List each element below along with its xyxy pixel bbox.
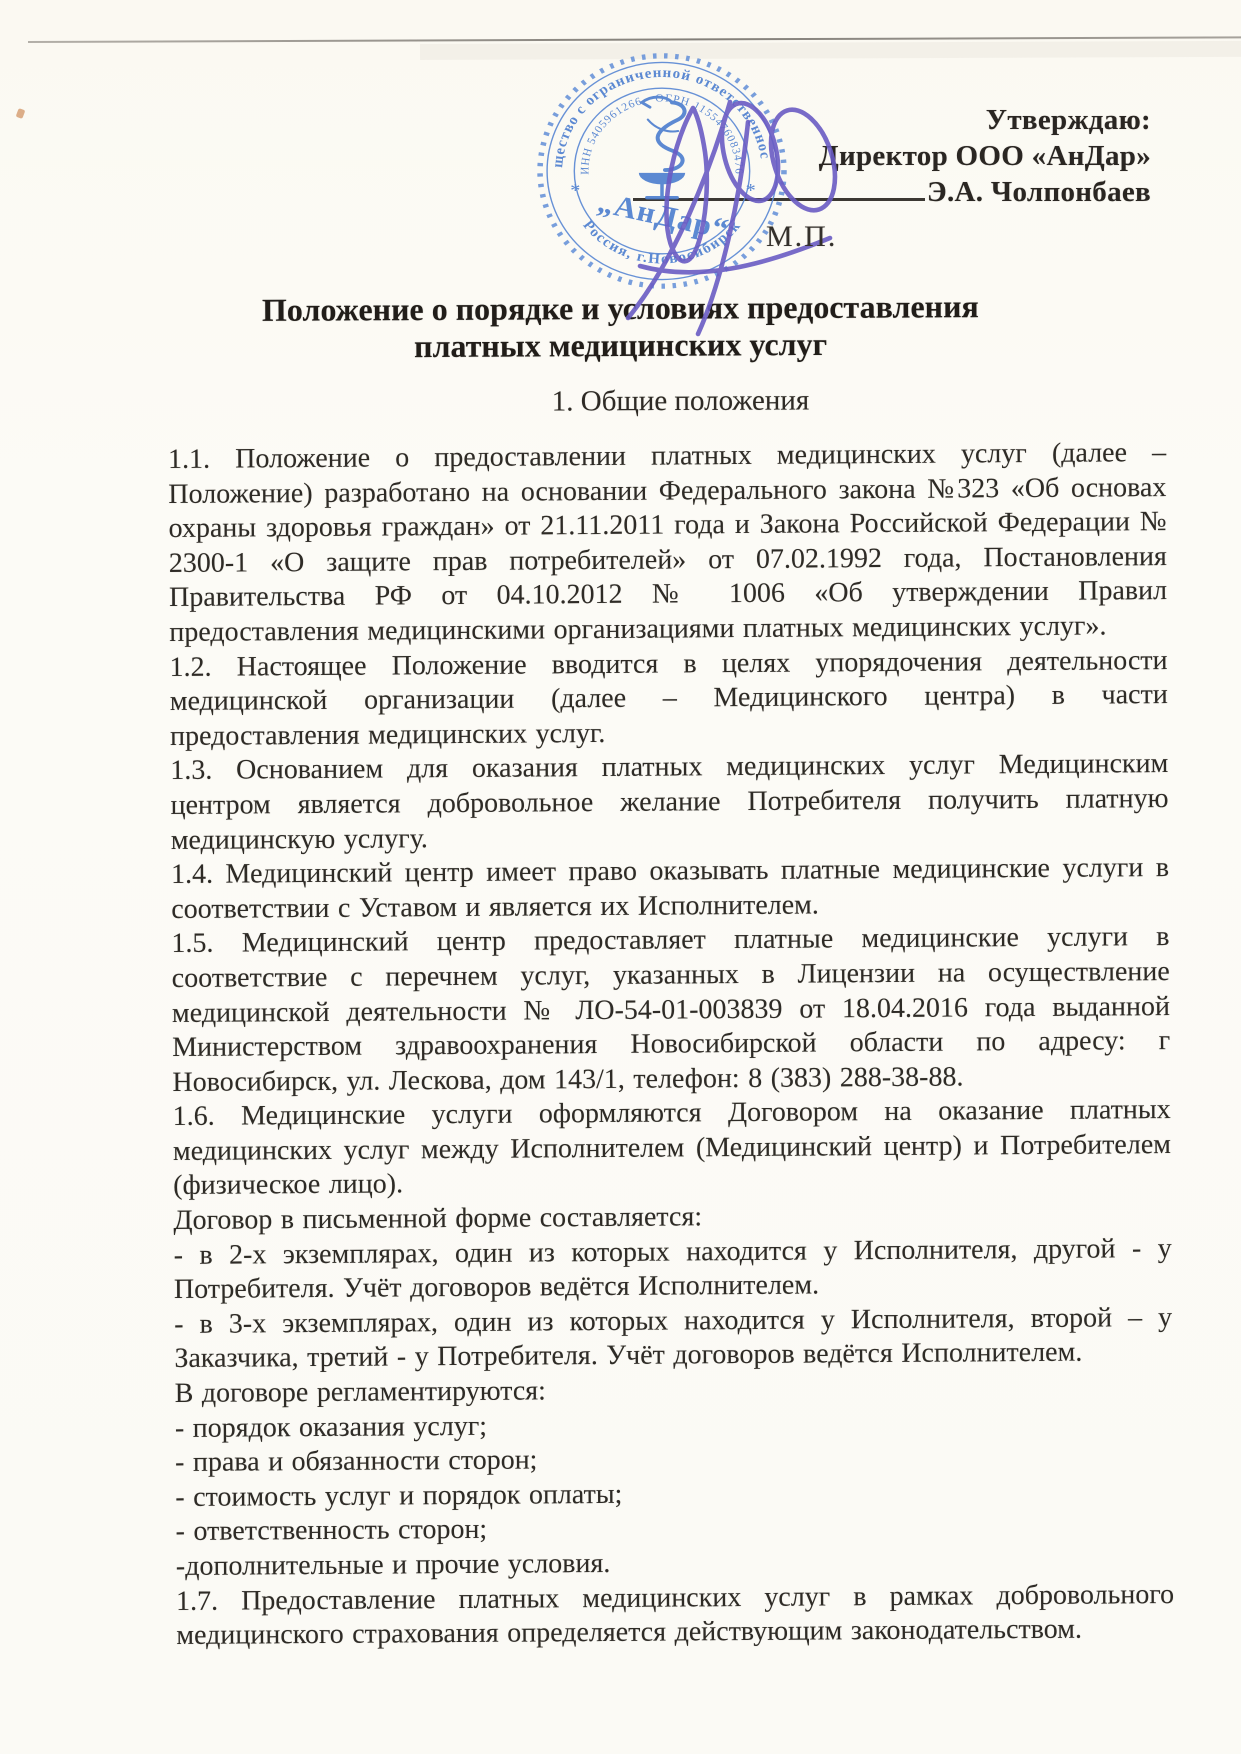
director-name: Э.А. Чолпонбаев [927,176,1151,208]
paragraph-1-6: 1.6. Медицинские услуги оформляются Дого… [173,1093,1172,1204]
paragraph-1-3: 1.3. Основанием для оказания платных мед… [170,747,1169,858]
scanned-document-page: Общество с ограниченной ответственностью… [0,0,1241,1754]
section-heading: 1. Общие положения [60,382,1241,420]
paragraph-1-1: 1.1. Положение о предоставлении платных … [168,436,1167,651]
paragraph-1-5: 1.5. Медицинский центр предоставляет пла… [171,920,1170,1100]
stamp-star-left: * [570,181,580,201]
seal-place-mark: М.П. [766,220,837,254]
signature-loop-1 [713,97,788,207]
signature-loop-2 [759,102,846,219]
paragraph-1-7: 1.7. Предоставление платных медицинских … [176,1578,1174,1654]
paragraph-1-2: 1.2. Настоящее Положение вводится в целя… [169,644,1168,755]
list-item-two-copies: - в 2-х экземплярах, один из которых нах… [174,1232,1172,1308]
scan-speck [16,108,26,119]
director-signature [598,80,848,342]
list-item-three-copies: - в 3-х экземплярах, один из которых нах… [174,1301,1172,1377]
paragraph-1-4: 1.4. Медицинский центр имеет право оказы… [171,851,1169,927]
document-body: 1.1. Положение о предоставлении платных … [168,436,1174,1654]
